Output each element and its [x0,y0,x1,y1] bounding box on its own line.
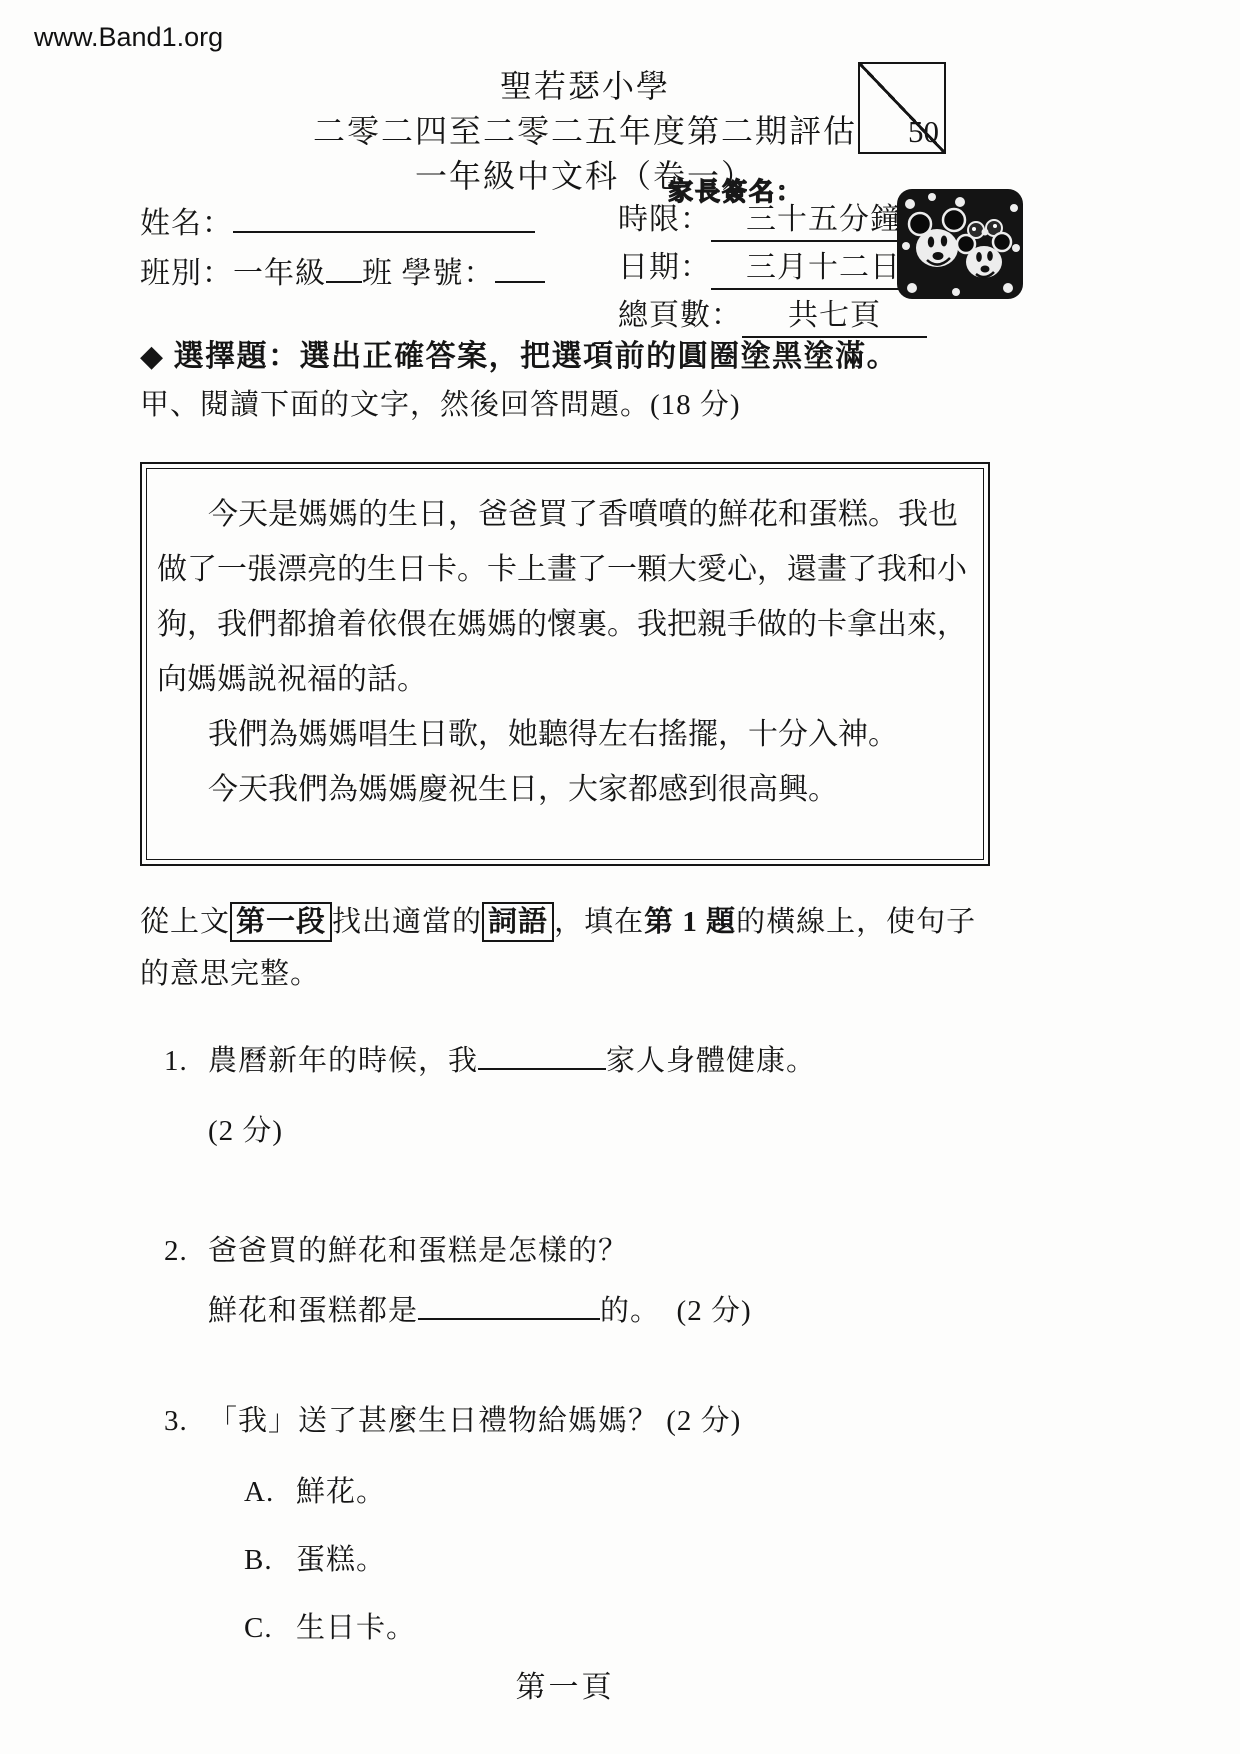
main-content: ◆ 選擇題：選出正確答案，把選項前的圓圈塗黑塗滿。 甲、閱讀下面的文字，然後回答… [140,336,990,1674]
time-field-row: 時限：三十五分鐘 [618,194,936,242]
instruction-segment-3: ，填在 [554,906,644,938]
passage-paragraph-3: 今天我們為媽媽慶祝生日，大家都感到很高興。 [157,762,977,817]
header-title-block: 聖若瑟小學 二零二四至二零二五年度第二期評估 一年級中文科（卷一） [0,64,1170,199]
passage-paragraph-1: 今天是媽媽的生日，爸爸買了香噴噴的鮮花和蛋糕。我也做了一張漂亮的生日卡。卡上畫了… [157,487,977,707]
option-c-text: 生日卡。 [296,1606,416,1650]
question-2-answer-blank [418,1290,600,1320]
question-2-answer-after: 的。 [600,1295,660,1327]
class-label: 班別：一年級 [140,257,326,290]
question-3-option-c: C. 生日卡。 [140,1606,990,1650]
question-3-options: A. 鮮花。 B. 蛋糕。 C. 生日卡。 [140,1470,990,1650]
class-unit-label: 班 學號： [362,257,495,290]
question-2-answer-line: 鮮花和蛋糕都是的。 (2 分) [140,1288,990,1334]
question-3-text: 「我」送了甚麼生日禮物給媽媽？ (2 分) [208,1398,990,1444]
mickey-minnie-sticker-image [896,188,1024,300]
instruction-boxed-term-2: 詞語 [482,902,554,942]
question-1-text-before: 農曆新年的時候，我 [208,1045,478,1077]
question-1-answer-blank [478,1040,606,1070]
option-a-label: A. [244,1470,296,1514]
time-label: 時限： [618,203,711,236]
question-2-marks: (2 分) [677,1295,752,1327]
name-label: 姓名： [140,207,233,240]
question-3-option-a: A. 鮮花。 [140,1470,990,1514]
question-3: 3. 「我」送了甚麼生日禮物給媽媽？ (2 分) A. 鮮花。 B. 蛋糕。 C… [140,1398,990,1650]
instruction-segment-2: 找出適當的 [332,906,482,938]
question-3-number: 3. [164,1398,208,1444]
question-1-marks: (2 分) [140,1108,990,1154]
exam-paper-page: www.Band1.org 聖若瑟小學 二零二四至二零二五年度第二期評估 一年級… [0,0,1240,1754]
part-a-heading: 甲、閱讀下面的文字，然後回答問題。(18 分) [140,384,990,426]
question-2-text: 爸爸買的鮮花和蛋糕是怎樣的？ [208,1228,990,1274]
date-field-row: 日期：三月十二日 [618,242,936,290]
option-b-text: 蛋糕。 [296,1538,386,1582]
question-3-marks: (2 分) [666,1405,741,1437]
student-number-blank-line [495,252,545,284]
question-1: 1. 農曆新年的時候，我家人身體健康。 (2 分) [140,1038,990,1154]
question-2-answer-before: 鮮花和蛋糕都是 [208,1295,418,1327]
question-3-question-text: 「我」送了甚麼生日禮物給媽媽？ [208,1405,658,1437]
total-pages-row: 總頁數：共七頁 [618,290,927,338]
class-blank-line [326,252,362,284]
total-pages-label: 總頁數： [618,299,742,332]
name-blank-line [233,202,535,234]
score-box: 50 [858,62,946,154]
class-field-row: 班別：一年級班 學號： [140,248,545,292]
name-field-row: 姓名： [140,198,535,242]
question-2: 2. 爸爸買的鮮花和蛋糕是怎樣的？ 鮮花和蛋糕都是的。 (2 分) [140,1228,990,1334]
reading-passage: 今天是媽媽的生日，爸爸買了香噴噴的鮮花和蛋糕。我也做了一張漂亮的生日卡。卡上畫了… [146,468,984,860]
instruction-bold-term: 第 1 題 [644,906,736,938]
score-total: 50 [908,114,939,150]
instruction-segment-1: 從上文 [140,906,230,938]
date-label: 日期： [618,251,711,284]
question-1-number: 1. [164,1038,208,1084]
multiple-choice-heading: ◆ 選擇題：選出正確答案，把選項前的圓圈塗黑塗滿。 [140,336,990,378]
exam-title: 二零二四至二零二五年度第二期評估 [0,109,1170,154]
school-name: 聖若瑟小學 [0,64,1170,109]
question-1-text: 農曆新年的時候，我家人身體健康。 [208,1038,990,1084]
question-2-number: 2. [164,1228,208,1274]
option-b-label: B. [244,1538,296,1582]
question-1-text-after: 家人身體健康。 [606,1045,816,1077]
question-3-option-b: B. 蛋糕。 [140,1538,990,1582]
instruction-boxed-term-1: 第一段 [230,902,332,942]
reading-passage-box: 今天是媽媽的生日，爸爸買了香噴噴的鮮花和蛋糕。我也做了一張漂亮的生日卡。卡上畫了… [140,462,990,866]
option-a-text: 鮮花。 [296,1470,386,1514]
site-watermark: www.Band1.org [34,22,223,53]
page-number-footer: 第一頁 [140,1662,990,1706]
option-c-label: C. [244,1606,296,1650]
passage-paragraph-2: 我們為媽媽唱生日歌，她聽得左右搖擺，十分入神。 [157,707,977,762]
fill-in-instruction: 從上文第一段找出適當的詞語，填在第 1 題的橫線上，使句子的意思完整。 [140,896,990,1000]
